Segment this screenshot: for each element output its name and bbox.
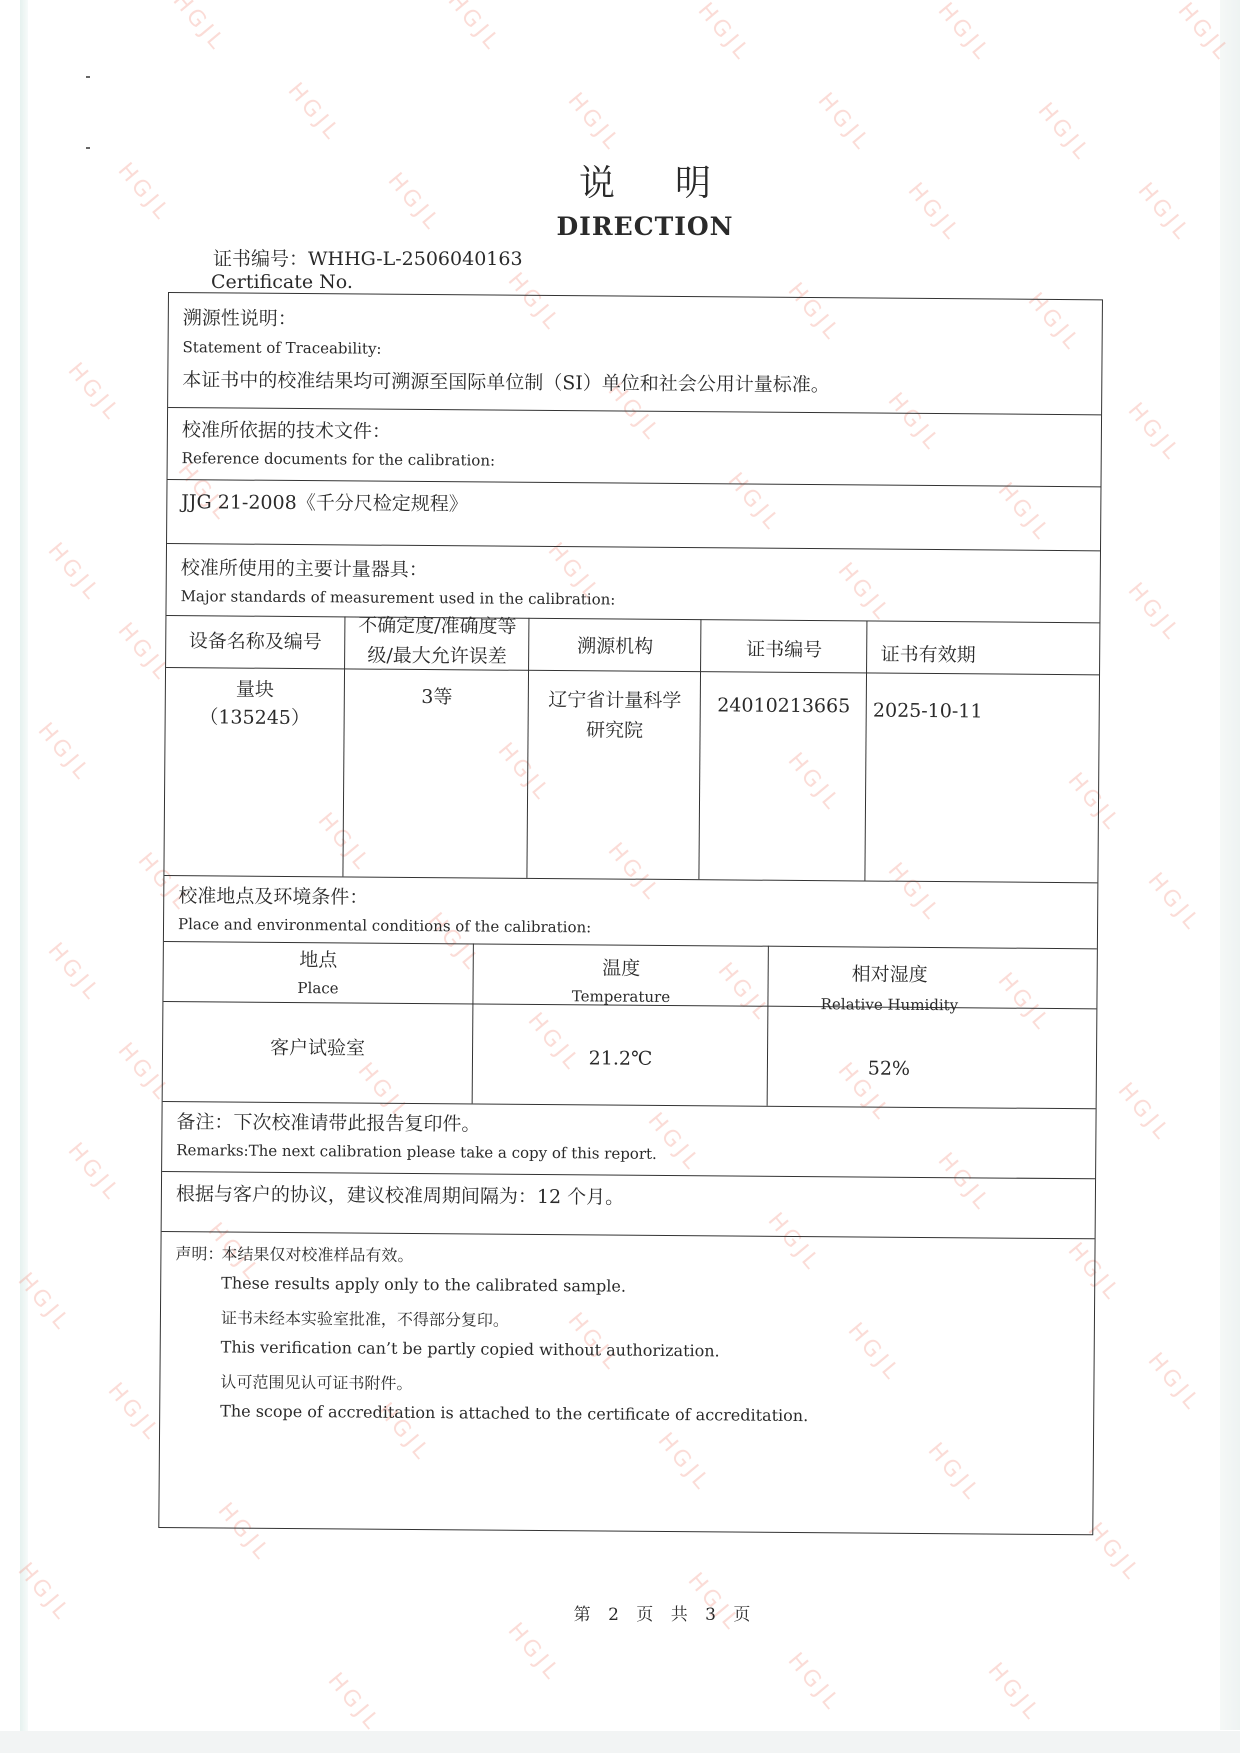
equipment-institution-line1: 辽宁省计量科学 xyxy=(530,684,700,717)
statement-line: 证书未经本实验室批准，不得部分复印。 xyxy=(221,1305,509,1330)
major-standards-section: 校准所使用的主要计量器具： Major standards of measure… xyxy=(166,543,1100,623)
statement-line: This verification can’t be partly copied… xyxy=(221,1337,720,1360)
equipment-accuracy: 3等 xyxy=(346,680,528,713)
equipment-serial: （135245） xyxy=(166,701,344,734)
page-title-en: DIRECTION xyxy=(0,212,1240,241)
remarks-en: Remarks:The next calibration please take… xyxy=(176,1141,657,1163)
reference-documents-section: 校准所依据的技术文件： Reference documents for the … xyxy=(168,407,1102,487)
traceability-section: 溯源性说明： Statement of Traceability: 本证书中的校… xyxy=(168,293,1102,415)
page-title-cn: 说明 xyxy=(0,155,1240,206)
certificate-number: 证书编号：WHHG-L-2506040163 xyxy=(213,244,523,271)
col-header-equipment: 设备名称及编号 xyxy=(166,625,344,658)
env-col-place-en: Place xyxy=(163,971,472,1005)
traceability-text: 本证书中的校准结果均可溯源至国际单位制（SI）单位和社会公用计量标准。 xyxy=(182,365,830,397)
reference-documents-label-en: Reference documents for the calibration: xyxy=(182,449,496,469)
statement-section: 声明： 本结果仅对校准样品有效。 These results apply onl… xyxy=(159,1231,1094,1534)
environment-section: 校准地点及环境条件： Place and environmental condi… xyxy=(164,875,1097,949)
calibration-interval-text: 根据与客户的协议，建议校准周期间隔为：12 个月。 xyxy=(176,1179,624,1210)
statement-line: 本结果仅对校准样品有效。 xyxy=(221,1241,413,1266)
major-standards-label-cn: 校准所使用的主要计量器具： xyxy=(181,553,428,582)
col-header-cert-no: 证书编号 xyxy=(702,633,866,666)
certificate-number-label-en: Certificate No. xyxy=(211,271,353,293)
equipment-valid-until: 2025-10-11 xyxy=(868,695,988,728)
env-col-humidity-cn: 相对湿度 xyxy=(770,958,1010,992)
certificate-page: 说明 DIRECTION 证书编号：WHHG-L-2506040163 Cert… xyxy=(0,0,1240,1753)
environment-label-en: Place and environmental conditions of th… xyxy=(178,915,591,936)
equipment-institution-line2: 研究院 xyxy=(529,714,699,747)
environment-value-row: 客户试验室 21.2℃ 52% xyxy=(163,1001,1097,1109)
reference-documents-value-section: JJG 21-2008《千分尺检定规程》 xyxy=(167,479,1100,551)
env-humidity-value: 52% xyxy=(769,1052,1009,1086)
statement-line: These results apply only to the calibrat… xyxy=(221,1273,626,1295)
interval-section: 根据与客户的协议，建议校准周期间隔为：12 个月。 xyxy=(162,1171,1095,1239)
direction-table: 溯源性说明： Statement of Traceability: 本证书中的校… xyxy=(158,292,1103,1535)
reference-documents-label-cn: 校准所依据的技术文件： xyxy=(182,415,391,444)
remarks-section: 备注：下次校准请带此报告复印件。 Remarks:The next calibr… xyxy=(162,1101,1096,1179)
env-place-value: 客户试验室 xyxy=(163,1031,472,1065)
environment-header-row: 地点 Place 温度 Temperature 相对湿度 Relative Hu… xyxy=(163,941,1096,1009)
environment-label-cn: 校准地点及环境条件： xyxy=(178,881,368,909)
traceability-label-cn: 溯源性说明： xyxy=(183,303,297,331)
col-header-institution: 溯源机构 xyxy=(530,630,700,663)
major-standards-label-en: Major standards of measurement used in t… xyxy=(181,587,616,608)
statement-label: 声明： xyxy=(175,1241,223,1264)
env-temperature-value: 21.2℃ xyxy=(474,1041,767,1075)
standards-table: 设备名称及编号 不确定度/准确度等级/最大允许误差 溯源机构 证书编号 证书有效… xyxy=(164,615,1099,883)
remarks-cn: 备注：下次校准请带此报告复印件。 xyxy=(176,1107,480,1136)
reference-document-value: JJG 21-2008《千分尺检定规程》 xyxy=(181,487,468,516)
statement-line: 认可范围见认可证书附件。 xyxy=(220,1369,412,1394)
col-header-valid-until: 证书有效期 xyxy=(868,639,988,672)
traceability-label-en: Statement of Traceability: xyxy=(182,338,381,358)
certificate-number-value: WHHG-L-2506040163 xyxy=(308,248,523,270)
col-header-accuracy: 不确定度/准确度等级/最大允许误差 xyxy=(346,610,528,671)
certificate-number-label: 证书编号： xyxy=(213,248,308,270)
page-number: 第 2 页 共 3 页 xyxy=(0,1600,1240,1625)
statement-line: The scope of accreditation is attached t… xyxy=(220,1401,808,1425)
equipment-cert-no: 24010213665 xyxy=(702,689,866,722)
